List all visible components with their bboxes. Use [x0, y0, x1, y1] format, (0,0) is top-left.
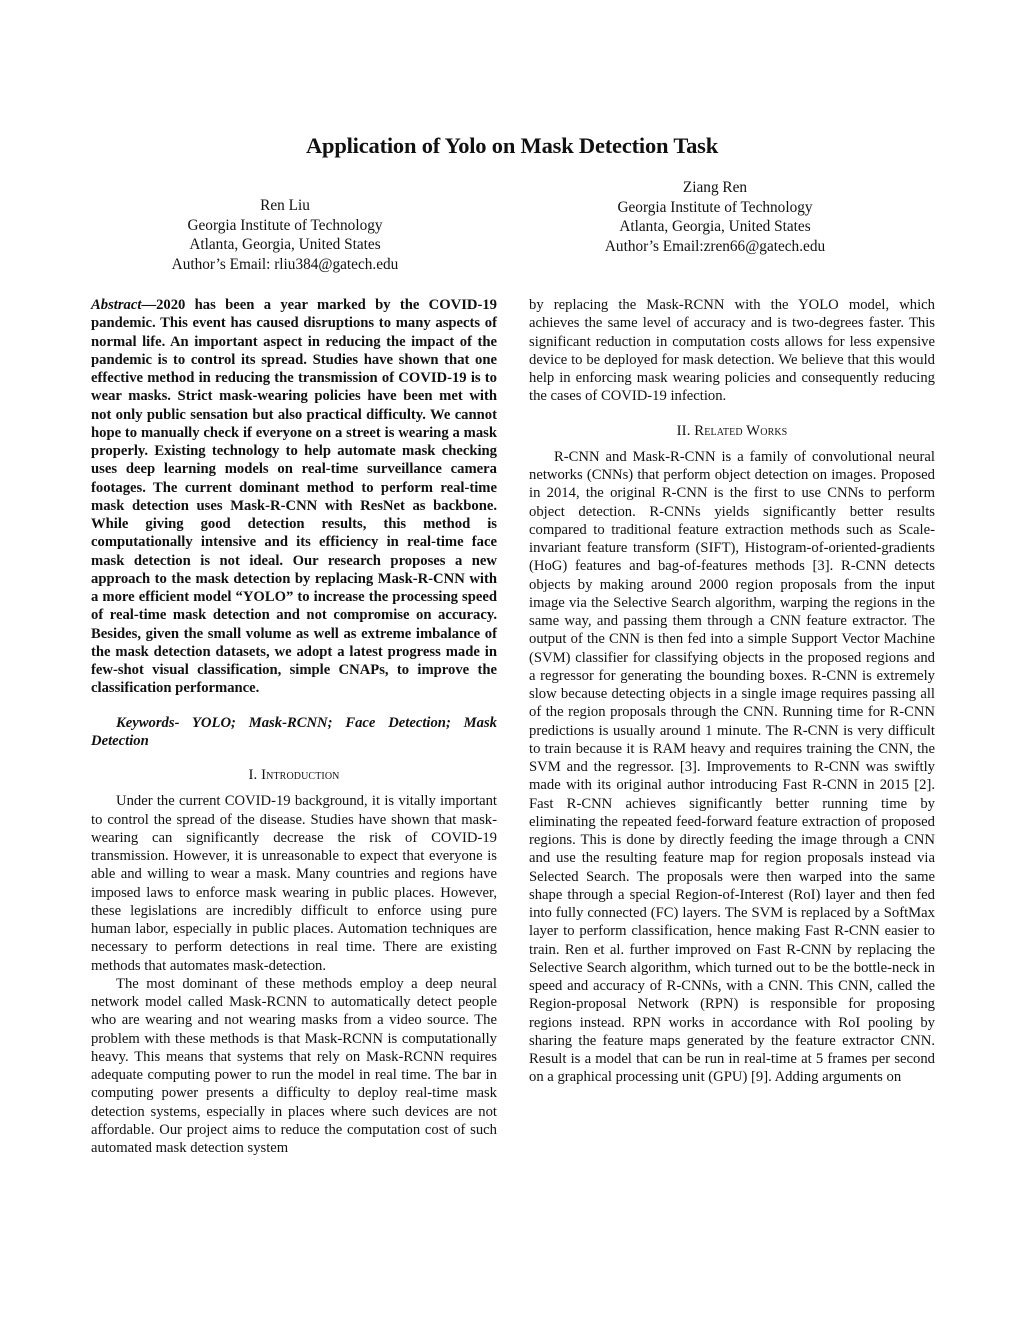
- left-column: Abstract—2020 has been a year marked by …: [91, 296, 497, 1157]
- section-heading-related-works: II. Related Works: [529, 422, 935, 440]
- paragraph: Under the current COVID-19 background, i…: [91, 792, 497, 975]
- author-email: Author’s Email:zren66@gatech.edu: [550, 237, 880, 257]
- author-location: Atlanta, Georgia, United States: [120, 235, 450, 255]
- paper-title: Application of Yolo on Mask Detection Ta…: [0, 133, 1024, 159]
- author-affiliation: Georgia Institute of Technology: [120, 216, 450, 236]
- keywords: Keywords- YOLO; Mask-RCNN; Face Detectio…: [91, 714, 497, 751]
- paragraph: The most dominant of these methods emplo…: [91, 975, 497, 1158]
- abstract-dash: —: [141, 297, 156, 313]
- author-name: Ziang Ren: [550, 178, 880, 198]
- abstract: Abstract—2020 has been a year marked by …: [91, 296, 497, 698]
- author-email: Author’s Email: rliu384@gatech.edu: [120, 255, 450, 275]
- author-location: Atlanta, Georgia, United States: [550, 217, 880, 237]
- abstract-text: 2020 has been a year marked by the COVID…: [91, 297, 497, 696]
- author-affiliation: Georgia Institute of Technology: [550, 198, 880, 218]
- paragraph: R-CNN and Mask-R-CNN is a family of conv…: [529, 448, 935, 1087]
- section-heading-introduction: I. Introduction: [91, 766, 497, 784]
- author-name: Ren Liu: [120, 196, 450, 216]
- author-block-2: Ziang Ren Georgia Institute of Technolog…: [550, 178, 880, 256]
- right-column: by replacing the Mask-RCNN with the YOLO…: [529, 296, 935, 1087]
- paragraph-continued: by replacing the Mask-RCNN with the YOLO…: [529, 296, 935, 406]
- author-block-1: Ren Liu Georgia Institute of Technology …: [120, 196, 450, 274]
- abstract-label: Abstract: [91, 297, 141, 313]
